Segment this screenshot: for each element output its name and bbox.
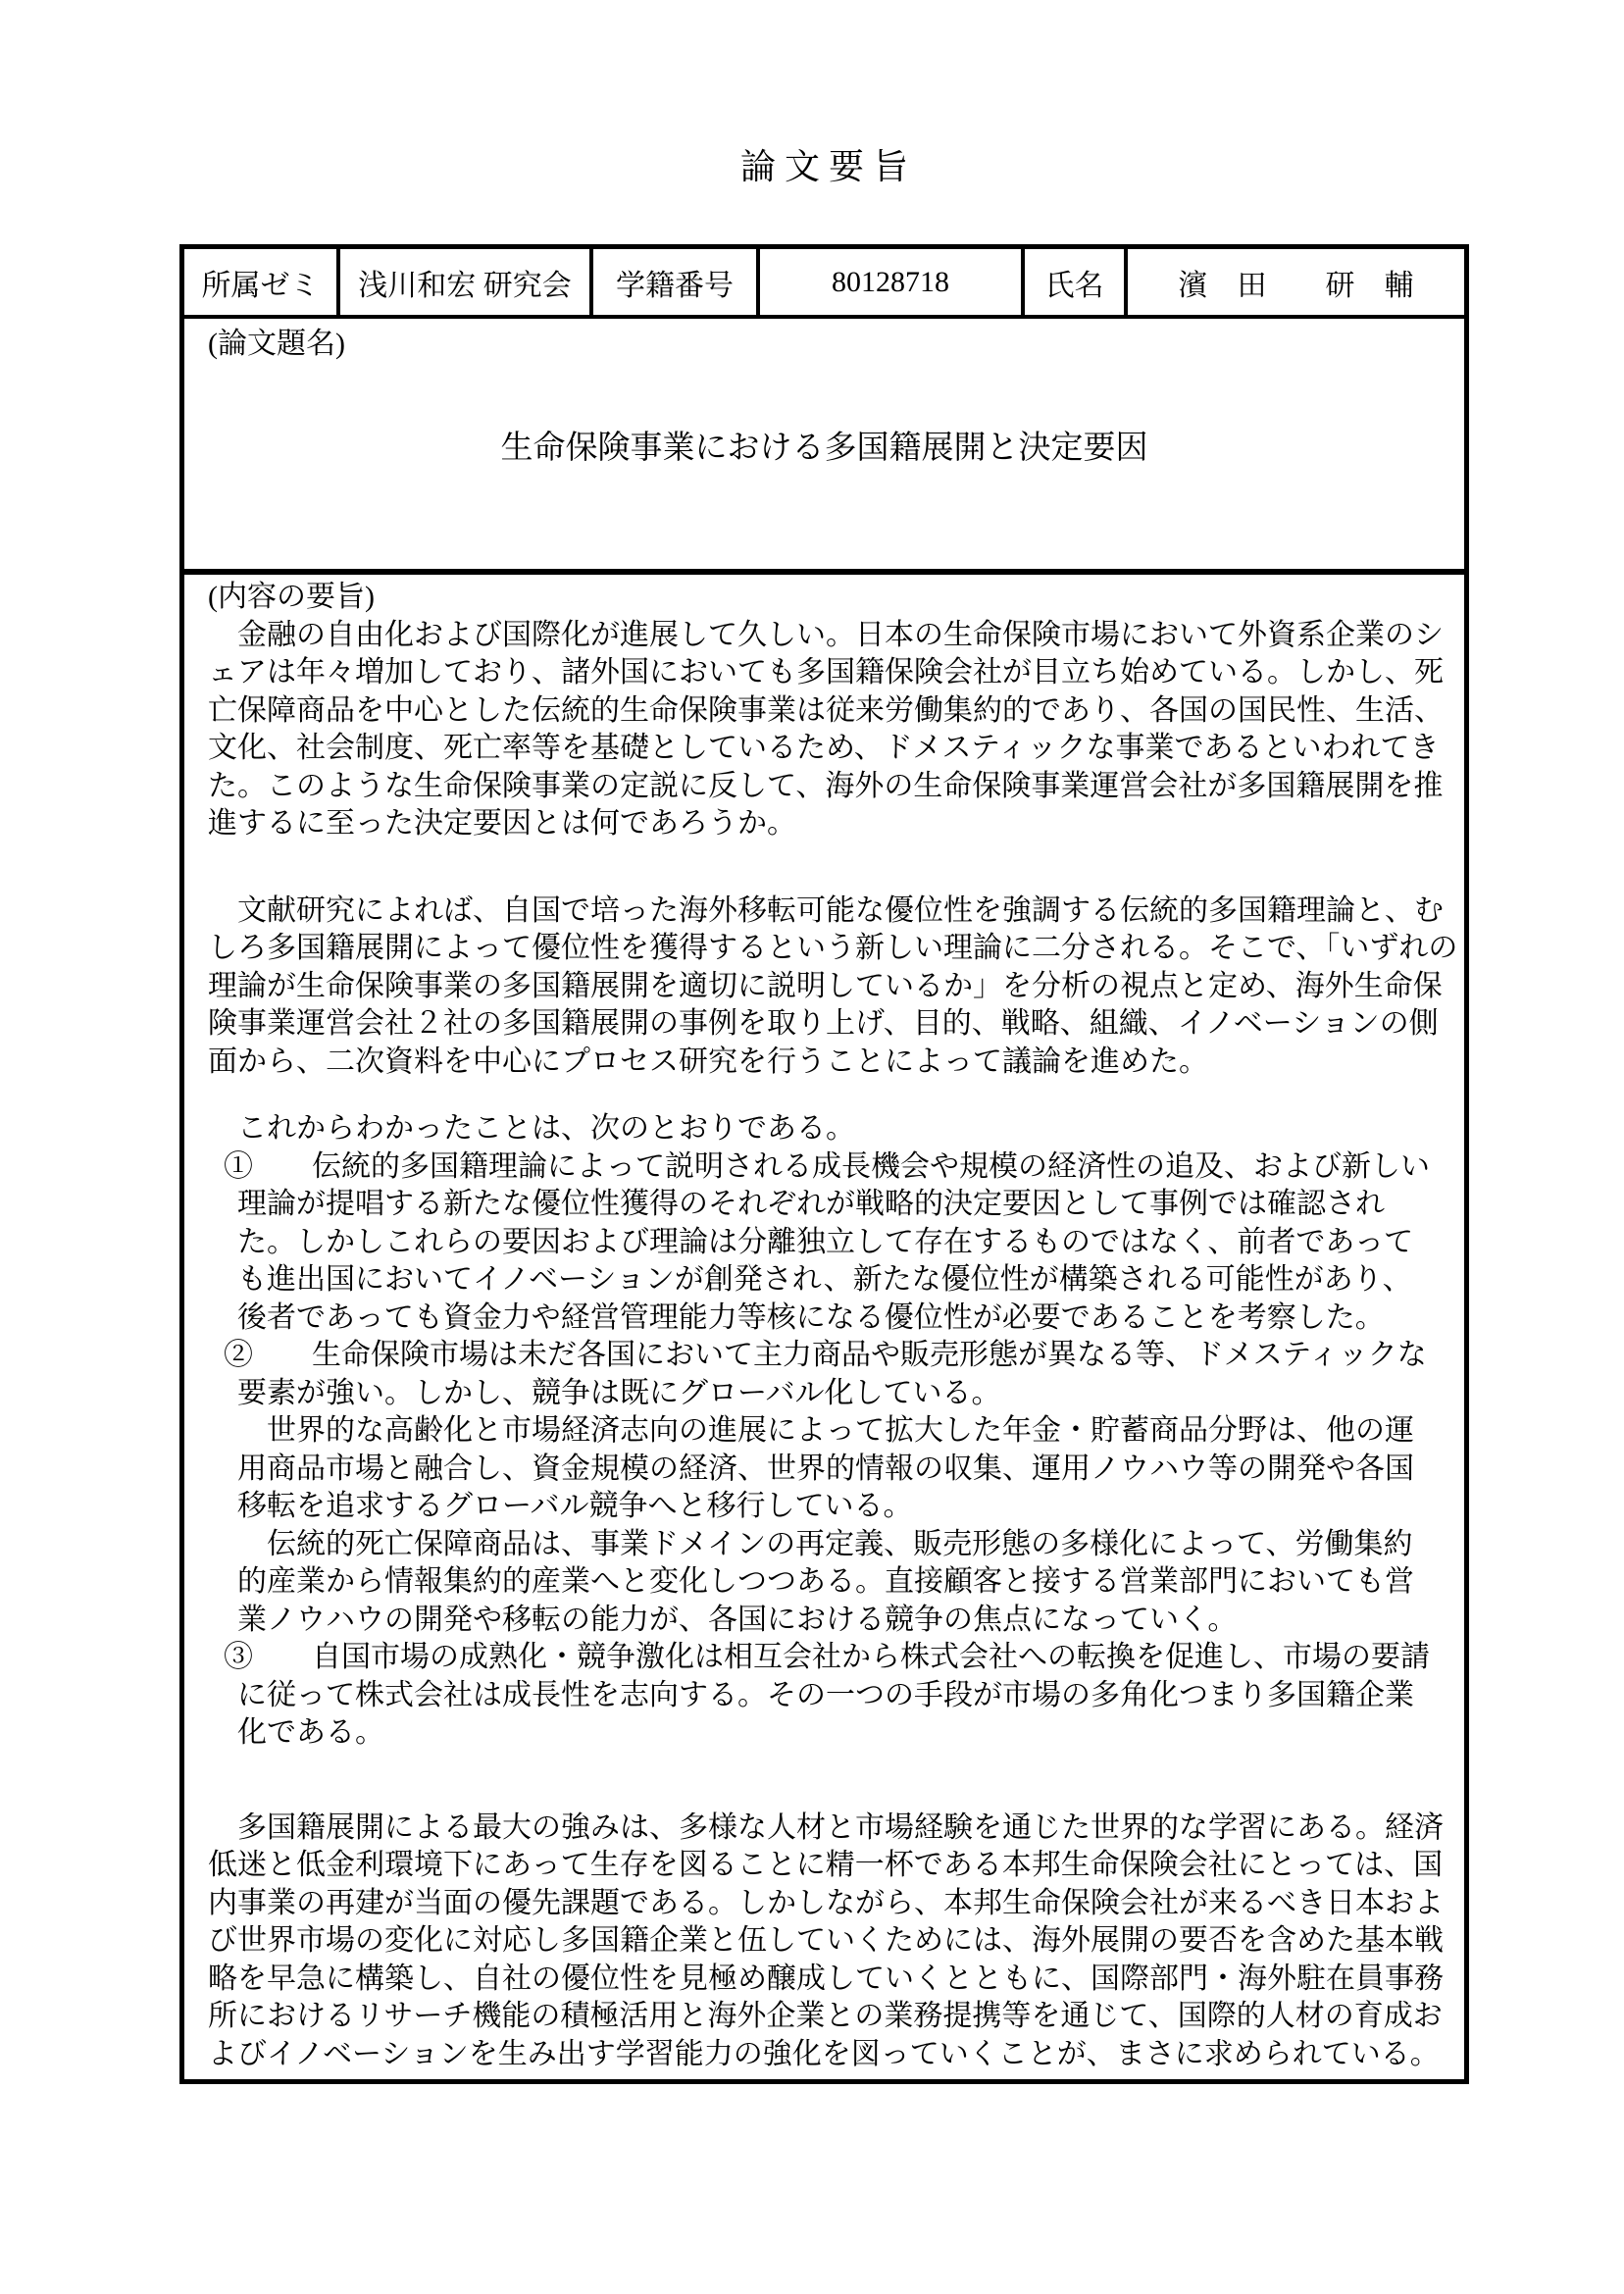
abstract-line: 用商品市場と融合し、資金規模の経済、世界的情報の収集、運用ノウハウ等の開発や各国 xyxy=(208,1451,1460,1489)
document-page: 論 文 要 旨 所属ゼミ 浅川和宏 研究会 学籍番号 80128718 氏名 濱… xyxy=(0,0,1624,2294)
abstract-line: 理論が生命保険事業の多国籍展開を適切に説明しているか」を分析の視点と定め、海外生… xyxy=(208,968,1460,1006)
abstract-block-item2: ② 生命保険市場は未だ各国において主力商品や販売形態が異なる等、ドメスティックな… xyxy=(208,1337,1460,1639)
abstract-line: よびイノベーションを生み出す学習能力の強化を図っていくことが、まさに求められてい… xyxy=(208,2036,1460,2074)
abstract-line: 亡保障商品を中心とした伝統的生命保険事業は従来労働集約的であり、各国の国民性、生… xyxy=(208,692,1460,731)
abstract-line: 要素が強い。しかし、競争は既にグローバル化している。 xyxy=(208,1375,1460,1413)
abstract-section-label: (内容の要旨) xyxy=(208,579,1460,617)
abstract-line: 伝統的死亡保障商品は、事業ドメインの再定義、販売形態の多様化によって、労働集約 xyxy=(208,1526,1460,1564)
summary-form-table: 所属ゼミ 浅川和宏 研究会 学籍番号 80128718 氏名 濱 田 研 輔 (… xyxy=(179,244,1469,2084)
name-label: 氏名 xyxy=(1025,249,1128,315)
thesis-title-section-label: (論文題名) xyxy=(208,326,345,363)
abstract-block-item1: ① 伝統的多国籍理論によって説明される成長機会や規模の経済性の追及、および新しい… xyxy=(208,1148,1460,1338)
abstract-line: 化である。 xyxy=(208,1714,1460,1753)
abstract-line: 所におけるリサーチ機能の積極活用と海外企業との業務提携等を通じて、国際的人材の育… xyxy=(208,1998,1460,2036)
abstract-line: ③ 自国市場の成熟化・競争激化は相互会社から株式会社への転換を促進し、市場の要請 xyxy=(208,1639,1460,1677)
abstract-line: た。しかしこれらの要因および理論は分離独立して存在するものではなく、前者であって xyxy=(208,1224,1460,1262)
abstract-line: に従って株式会社は成長性を志向する。その一つの手段が市場の多角化つまり多国籍企業 xyxy=(208,1677,1460,1715)
abstract-line: しろ多国籍展開によって優位性を獲得するという新しい理論に二分される。そこで、「い… xyxy=(208,930,1460,968)
abstract-line: 文献研究によれば、自国で培った海外移転可能な優位性を強調する伝統的多国籍理論と、… xyxy=(208,892,1460,931)
seminar-value: 浅川和宏 研究会 xyxy=(340,249,593,315)
abstract-line: 移転を追求するグローバル競争へと移行している。 xyxy=(208,1488,1460,1526)
abstract-line: 多国籍展開による最大の強みは、多様な人材と市場経験を通じた世界的な学習にある。経… xyxy=(208,1810,1460,1848)
name-value: 濱 田 研 輔 xyxy=(1128,249,1464,315)
abstract-line: 世界的な高齢化と市場経済志向の進展によって拡大した年金・貯蓄商品分野は、他の運 xyxy=(208,1412,1460,1451)
abstract-line: た。このような生命保険事業の定説に反して、海外の生命保険事業運営会社が多国籍展開… xyxy=(208,768,1460,806)
thesis-title-section: (論文題名) 生命保険事業における多国籍展開と決定要因 xyxy=(184,319,1464,575)
abstract-line: 険事業運営会社２社の多国籍展開の事例を取り上げ、目的、戦略、組織、イノベーション… xyxy=(208,1005,1460,1044)
student-id-label: 学籍番号 xyxy=(593,249,760,315)
abstract-line: 進するに至った決定要因とは何であろうか。 xyxy=(208,805,1460,843)
abstract-line: ① 伝統的多国籍理論によって説明される成長機会や規模の経済性の追及、および新しい xyxy=(208,1148,1460,1187)
abstract-line: 後者であっても資金力や経営管理能力等核になる優位性が必要であることを考察した。 xyxy=(208,1300,1460,1338)
abstract-block-p4: 多国籍展開による最大の強みは、多様な人材と市場経験を通じた世界的な学習にある。経… xyxy=(208,1810,1460,2074)
abstract-block-item3: ③ 自国市場の成熟化・競争激化は相互会社から株式会社への転換を促進し、市場の要請… xyxy=(208,1639,1460,1753)
abstract-line: 低迷と低金利環境下にあって生存を図ることに精一杯である本邦生命保険会社にとっては… xyxy=(208,1847,1460,1885)
info-row: 所属ゼミ 浅川和宏 研究会 学籍番号 80128718 氏名 濱 田 研 輔 xyxy=(184,249,1464,319)
abstract-line: 的産業から情報集約的産業へと変化しつつある。直接顧客と接する営業部門においても営 xyxy=(208,1563,1460,1602)
abstract-line: 文化、社会制度、死亡率等を基礎としているため、ドメスティックな事業であるといわれ… xyxy=(208,730,1460,768)
abstract-section: (内容の要旨) 金融の自由化および国際化が進展して久しい。日本の生命保険市場にお… xyxy=(184,575,1464,2079)
abstract-line: び世界市場の変化に対応し多国籍企業と伍していくためには、海外展開の要否を含めた基… xyxy=(208,1922,1460,1961)
abstract-line: これからわかったことは、次のとおりである。 xyxy=(208,1110,1460,1148)
abstract-line: 内事業の再建が当面の優先課題である。しかしながら、本邦生命保険会社が来るべき日本… xyxy=(208,1885,1460,1923)
abstract-line: 略を早急に構築し、自社の優位性を見極め醸成していくとともに、国際部門・海外駐在員… xyxy=(208,1961,1460,1999)
abstract-line: 理論が提唱する新たな優位性獲得のそれぞれが戦略的決定要因として事例では確認され xyxy=(208,1186,1460,1224)
seminar-label: 所属ゼミ xyxy=(184,249,340,315)
page-title: 論 文 要 旨 xyxy=(179,145,1469,188)
abstract-block-p3: これからわかったことは、次のとおりである。 xyxy=(208,1110,1460,1148)
abstract-line: 面から、二次資料を中心にプロセス研究を行うことによって議論を進めた。 xyxy=(208,1044,1460,1082)
abstract-line: ェアは年々増加しており、諸外国においても多国籍保険会社が目立ち始めている。しかし… xyxy=(208,654,1460,692)
abstract-line: ② 生命保険市場は未だ各国において主力商品や販売形態が異なる等、ドメスティックな xyxy=(208,1337,1460,1375)
abstract-body: 金融の自由化および国際化が進展して久しい。日本の生命保険市場において外資系企業の… xyxy=(208,617,1460,2074)
abstract-block-p1: 金融の自由化および国際化が進展して久しい。日本の生命保険市場において外資系企業の… xyxy=(208,617,1460,843)
abstract-line: 金融の自由化および国際化が進展して久しい。日本の生命保険市場において外資系企業の… xyxy=(208,617,1460,655)
student-id-value: 80128718 xyxy=(760,249,1025,315)
abstract-line: も進出国においてイノベーションが創発され、新たな優位性が構築される可能性があり、 xyxy=(208,1261,1460,1300)
abstract-block-p2: 文献研究によれば、自国で培った海外移転可能な優位性を強調する伝統的多国籍理論と、… xyxy=(208,892,1460,1082)
thesis-title: 生命保険事業における多国籍展開と決定要因 xyxy=(184,429,1464,468)
abstract-line: 業ノウハウの開発や移転の能力が、各国における競争の焦点になっていく。 xyxy=(208,1602,1460,1640)
